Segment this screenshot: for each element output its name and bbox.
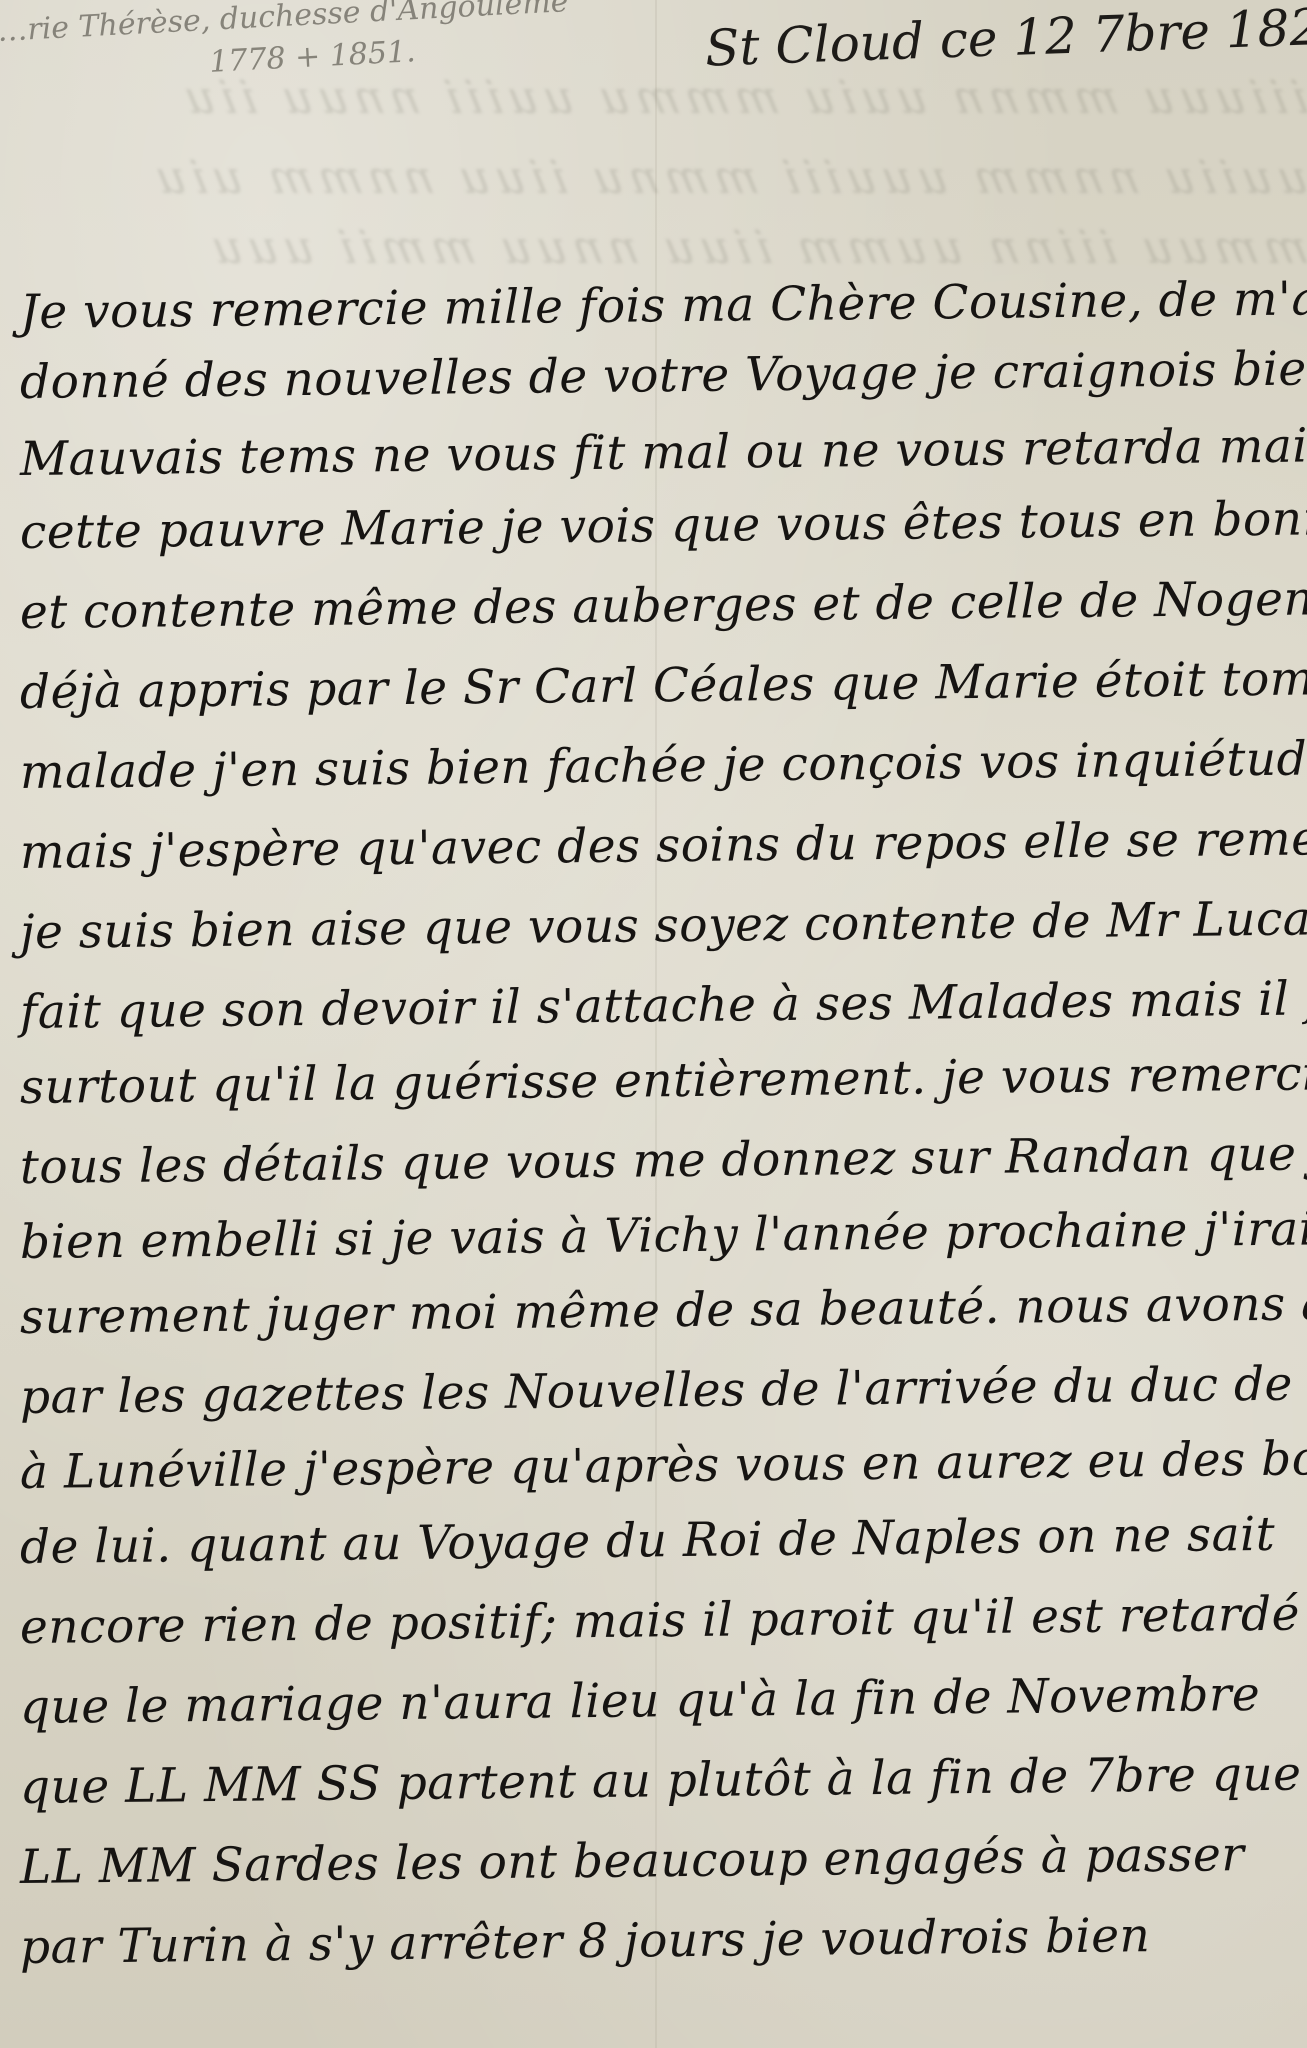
letter-line: mais j'espère qu'avec des soins du repos…	[20, 808, 1307, 880]
letter-line: que le mariage n'aura lieu qu'à la fin d…	[20, 1667, 1261, 1735]
letter-line: Mauvais tems ne vous fit mal ou ne vous …	[20, 417, 1307, 487]
letter-line: que LL MM SS partent au plutôt à la fin …	[20, 1747, 1302, 1815]
letter-dateline: St Cloud ce 12 7bre 1829.	[704, 0, 1307, 78]
letter-line: fait que son devoir il s'attache à ses M…	[20, 971, 1307, 1040]
letter-line: tous les détails que vous me donnez sur …	[20, 1125, 1307, 1195]
letter-line: cette pauvre Marie je vois que vous êtes…	[20, 489, 1307, 560]
letter-line: et contente même des auberges et de cell…	[20, 569, 1307, 640]
letter-line: donné des nouvelles de votre Voyage je c…	[20, 339, 1307, 410]
letter-line: déjà appris par le Sr Carl Céales que Ma…	[20, 651, 1307, 720]
letter-line: de lui. quant au Voyage du Roi de Naples…	[20, 1507, 1276, 1575]
bleed-through-text: iiiuuu mmnn uuiu mmmu uuiii nnuu iiu	[0, 70, 1307, 124]
letter-line: LL MM Sardes les ont beaucoup engagés à …	[20, 1827, 1245, 1895]
letter-line: à Lunéville j'espère qu'après vous en au…	[20, 1430, 1307, 1500]
letter-line: encore rien de positif; mais il paroit q…	[20, 1587, 1300, 1655]
letter-line: surtout qu'il la guérisse entièrement. j…	[20, 1045, 1307, 1115]
letter-line: par les gazettes les Nouvelles de l'arri…	[20, 1354, 1307, 1425]
bleed-through-text: mmuu iiinn uumm iiuu nnuu mmii uuu	[0, 220, 1307, 274]
letter-line: surement juger moi même de sa beauté. no…	[20, 1275, 1307, 1345]
letter-line: bien embelli si je vais à Vichy l'année …	[20, 1201, 1307, 1270]
letter-line: par Turin à s'y arrêter 8 jours je voudr…	[20, 1908, 1151, 1975]
bleed-through-text: uuiiu nnmm uuuiii mmnu iiuu nnmm uiu	[0, 150, 1307, 204]
letter-line: malade j'en suis bien fachée je conçois …	[20, 729, 1307, 800]
letter-page: iiiuuu mmnn uuiu mmmu uuiii nnuu iiu uui…	[0, 0, 1307, 2048]
letter-line: je suis bien aise que vous soyez content…	[20, 890, 1307, 960]
letter-line: Je vous remercie mille fois ma Chère Cou…	[20, 270, 1307, 340]
